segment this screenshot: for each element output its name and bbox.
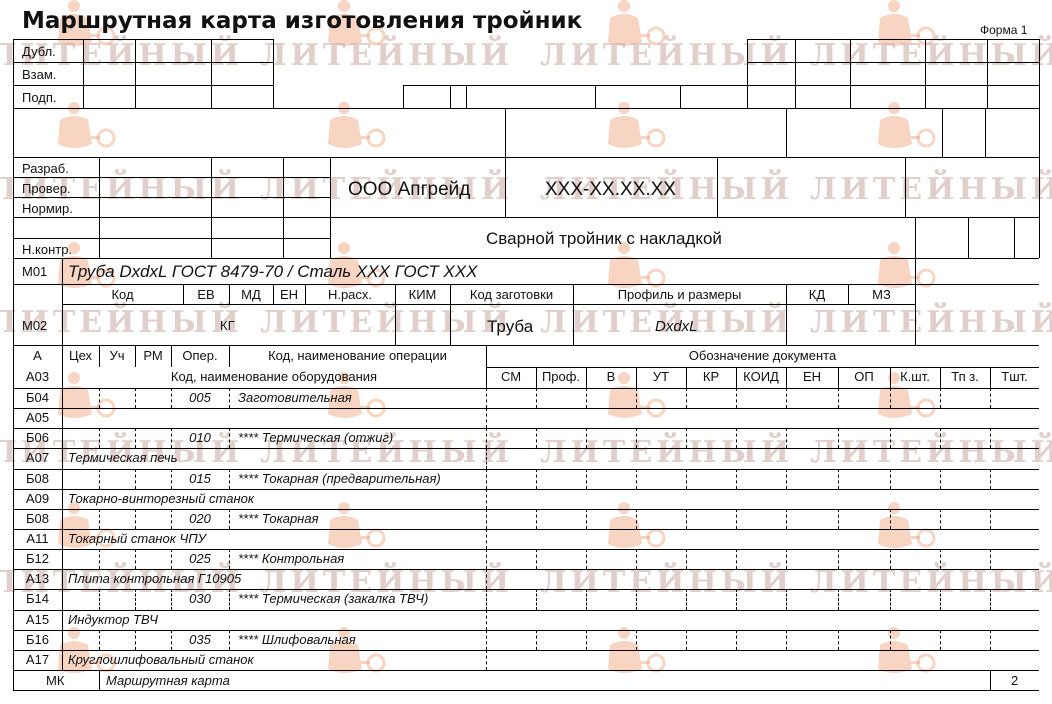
page-title: Маршрутная карта изготовления тройник xyxy=(22,6,582,36)
material-header-cell: ЕН xyxy=(273,287,305,303)
operation-name: Заготовительная xyxy=(238,390,352,406)
row-code: А11 xyxy=(13,531,62,547)
equipment-name: Индуктор ТВЧ xyxy=(68,612,158,628)
material-header-cell: Профиль и размеры xyxy=(573,287,786,303)
form-label: Форма 1 xyxy=(980,22,1027,38)
operation-name: **** Термическая (отжиг) xyxy=(238,430,393,446)
doc-column-header: КР xyxy=(686,369,736,385)
row-code: А07 xyxy=(13,450,62,466)
material-header-cell: Код заготовки xyxy=(450,287,573,303)
row-code: А05 xyxy=(13,410,62,426)
equipment-name: Токарно-винторезный станок xyxy=(68,491,254,507)
row-code: А13 xyxy=(13,571,62,587)
ops-header-cell: РМ xyxy=(135,348,171,364)
row-code: Б04 xyxy=(13,390,62,406)
m01-label: М01 xyxy=(22,264,47,280)
prover-label: Провер. xyxy=(22,181,71,197)
operation-number: 015 xyxy=(171,471,229,487)
doc-column-header: ЕН xyxy=(786,369,838,385)
n-kontr-label: Н.контр. xyxy=(22,242,72,258)
profile-value: DxdxL xyxy=(655,317,698,337)
footer-name: Маршрутная карта xyxy=(106,673,230,689)
equipment-header: Код, наименование оборудования xyxy=(62,369,486,385)
doc-column-header: Тшт. xyxy=(990,369,1039,385)
row-code: А09 xyxy=(13,491,62,507)
doc-column-header: В xyxy=(586,369,636,385)
normir-label: Нормир. xyxy=(22,201,73,217)
operation-name: **** Шлифовальная xyxy=(238,632,356,648)
company-name: ООО Апгрейд xyxy=(348,178,470,202)
equipment-name: Круглошлифовальный станок xyxy=(68,652,254,668)
row-code: Б12 xyxy=(13,551,62,567)
operation-number: 020 xyxy=(171,511,229,527)
material-header-cell: МД xyxy=(229,287,273,303)
operation-number: 025 xyxy=(171,551,229,567)
ops-header-cell: А xyxy=(13,348,62,364)
row-code: Б06 xyxy=(13,430,62,446)
doc-designation-header: Обозначение документа xyxy=(486,348,1039,364)
row-code: Б14 xyxy=(13,591,62,607)
dubl-label: Дубл. xyxy=(22,44,56,60)
ops-header-cell: Опер. xyxy=(171,348,229,364)
equipment-name: Термическая печь xyxy=(68,450,177,466)
vzam-label: Взам. xyxy=(22,67,56,83)
product-name: Сварной тройник с накладкой xyxy=(486,228,722,250)
operation-number: 010 xyxy=(171,430,229,446)
document-code: XXX-XX.XX.XX xyxy=(545,178,676,202)
ev-value: КГ xyxy=(220,318,235,334)
doc-column-header: УТ xyxy=(636,369,686,385)
operation-number: 030 xyxy=(171,591,229,607)
row-code: Б16 xyxy=(13,632,62,648)
ops-header-cell: Цех xyxy=(62,348,99,364)
operation-number: 005 xyxy=(171,390,229,406)
operation-number: 035 xyxy=(171,632,229,648)
equipment-name: Плита контрольная Г10905 xyxy=(68,571,241,587)
a03-label: А03 xyxy=(13,369,62,385)
doc-column-header: Проф. xyxy=(536,369,586,385)
blank-code-value: Труба xyxy=(487,316,533,338)
doc-column-header: Тп з. xyxy=(940,369,990,385)
operation-name: **** Контрольная xyxy=(238,551,344,567)
material-header-cell: Код xyxy=(62,287,183,303)
podp-label: Подп. xyxy=(22,90,57,106)
razrab-label: Разраб. xyxy=(22,161,69,177)
row-code: А17 xyxy=(13,652,62,668)
material-header-cell: КИМ xyxy=(395,287,450,303)
m02-label: М02 xyxy=(22,318,47,334)
footer-code: МК xyxy=(46,673,64,689)
doc-column-header: СМ xyxy=(486,369,536,385)
operation-name: **** Токарная (предварительная) xyxy=(238,471,441,487)
doc-column-header: К.шт. xyxy=(890,369,940,385)
operation-name: **** Термическая (закалка ТВЧ) xyxy=(238,591,428,607)
equipment-name: Токарный станок ЧПУ xyxy=(68,531,206,547)
ops-header-cell: Код, наименование операции xyxy=(229,348,486,364)
row-code: Б08 xyxy=(13,471,62,487)
operation-name: **** Токарная xyxy=(238,511,319,527)
material-header-cell: Н.расх. xyxy=(305,287,395,303)
page-number: 2 xyxy=(1011,673,1018,689)
row-code: А15 xyxy=(13,612,62,628)
m01-material-value: Труба DxdxL ГОСТ 8479-70 / Сталь XXX ГОС… xyxy=(68,261,477,283)
material-header-cell: МЗ xyxy=(848,287,915,303)
material-header-cell: КД xyxy=(786,287,848,303)
doc-column-header: ОП xyxy=(838,369,890,385)
ops-header-cell: Уч xyxy=(99,348,135,364)
doc-column-header: КОИД xyxy=(736,369,786,385)
material-header-cell: ЕВ xyxy=(183,287,229,303)
row-code: Б08 xyxy=(13,511,62,527)
